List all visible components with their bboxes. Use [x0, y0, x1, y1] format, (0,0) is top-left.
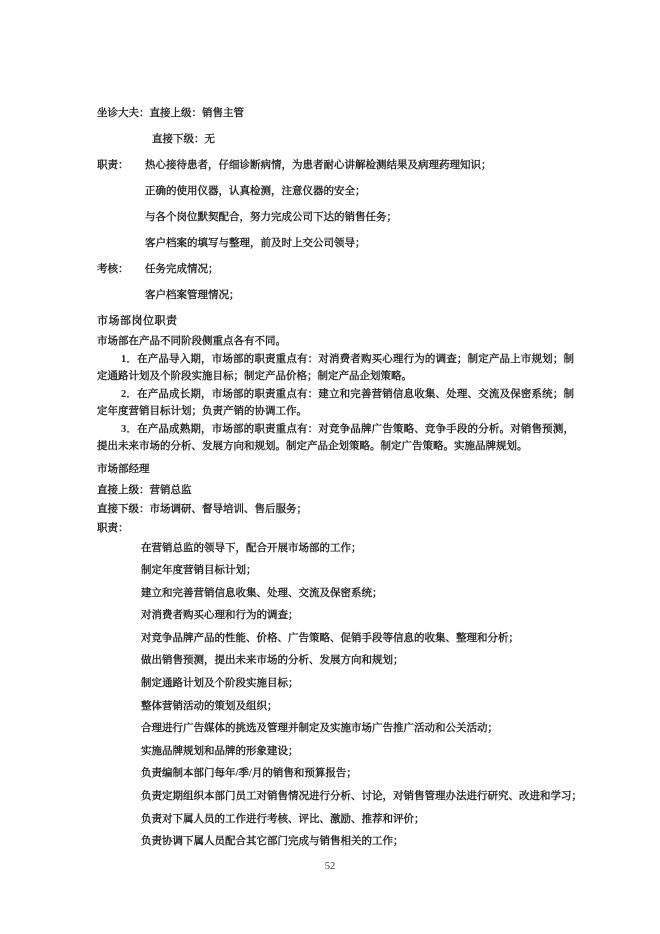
- doctor-duty-line: 热心接待患者，仔细诊断病情，为患者耐心讲解检测结果及病理药理知识；: [145, 153, 574, 179]
- manager-duty-line: 负责对下属人员的工作进行考核、评比、激励、推荐和评价；: [141, 809, 574, 832]
- market-section-heading: 市场部岗位职责: [97, 309, 574, 333]
- manager-duty-line: 建立和完善营销信息收集、处理、交流及保密系统；: [141, 583, 574, 606]
- manager-duty-line: 整体营销活动的策划及组织；: [141, 696, 574, 719]
- manager-duty-line: 制定年度营销目标计划；: [141, 560, 574, 583]
- document-content: 坐诊大夫：直接上级：销售主管 直接下级：无 职责： 热心接待患者，仔细诊断病情，…: [97, 101, 574, 854]
- manager-duty-line: 实施品牌规划和品牌的形象建设；: [141, 741, 574, 764]
- manager-duty-line: 制定通路计划及个阶段实施目标；: [141, 673, 574, 696]
- doctor-duty-line: 正确的使用仪器，认真检测，注意仪器的安全；: [145, 179, 574, 205]
- manager-superior-line: 直接上级：营销总监: [97, 481, 574, 500]
- manager-duty-line: 在营销总监的领导下，配合开展市场部的工作；: [141, 538, 574, 561]
- doctor-role-label: 坐诊大夫：: [97, 108, 150, 119]
- manager-duty-line: 对竞争品牌产品的性能、价格、广告策略、促销手段等信息的收集、整理和分析；: [141, 628, 574, 651]
- page-number: 52: [0, 861, 660, 872]
- doctor-duty-line: 客户档案的填写与整理，前及时上交公司领导；: [145, 231, 574, 257]
- doctor-duty-line: 与各个岗位默契配合，努力完成公司下达的销售任务；: [145, 205, 574, 231]
- market-stage-paragraphs: 市场部在产品不同阶段侧重点各有不同。 1．在产品导入期，市场部的职责重点有：对消…: [97, 333, 574, 456]
- doctor-duties-label: 职责：: [97, 153, 129, 179]
- manager-duty-line: 负责定期组织本部门员工对销售情况进行分析、讨论，对销售管理办法进行研究、改进和学…: [141, 786, 574, 809]
- doctor-superior-text: 直接上级：销售主管: [150, 108, 245, 119]
- manager-duty-line: 对消费者购买心理和行为的调查；: [141, 605, 574, 628]
- doctor-assessment-label: 考核：: [97, 257, 129, 283]
- manager-title: 市场部经理: [97, 459, 574, 481]
- doctor-subordinate-line: 直接下级：无: [152, 127, 574, 153]
- manager-duty-line: 负责编制本部门每年/季/月的销售和预算报告；: [141, 763, 574, 786]
- market-intro: 市场部在产品不同阶段侧重点各有不同。: [97, 333, 574, 351]
- manager-duty-line: 做出销售预测，提出未来市场的分析、发展方向和规划；: [141, 650, 574, 673]
- doctor-assessment-line: 任务完成情况；: [145, 257, 574, 283]
- document-page: 坐诊大夫：直接上级：销售主管 直接下级：无 职责： 热心接待患者，仔细诊断病情，…: [0, 0, 660, 934]
- manager-duty-line: 合理进行广告媒体的挑选及管理并制定及实施市场广告推广活动和公关活动；: [141, 718, 574, 741]
- doctor-assessment-line: 客户档案管理情况；: [145, 283, 574, 309]
- doctor-assessment-block: 考核： 任务完成情况； 客户档案管理情况；: [97, 257, 574, 309]
- market-stage-paragraph: 2．在产品成长期，市场部的职责重点有：建立和完善营销信息收集、处理、交流及保密系…: [97, 386, 574, 421]
- market-stage-paragraph: 3．在产品成熟期，市场部的职责重点有：对竞争品牌广告策略、竞争手段的分析。对销售…: [97, 421, 574, 456]
- manager-subordinate-line: 直接下级：市场调研、督导培训、售后服务；: [97, 500, 574, 519]
- doctor-duties-block: 职责： 热心接待患者，仔细诊断病情，为患者耐心讲解检测结果及病理药理知识； 正确…: [97, 153, 574, 257]
- manager-duties-list: 在营销总监的领导下，配合开展市场部的工作； 制定年度营销目标计划； 建立和完善营…: [141, 538, 574, 854]
- doctor-role-line: 坐诊大夫：直接上级：销售主管: [97, 101, 574, 127]
- manager-duty-line: 负责协调下属人员配合其它部门完成与销售相关的工作；: [141, 831, 574, 854]
- manager-duties-label: 职责：: [97, 519, 574, 538]
- market-stage-paragraph: 1．在产品导入期，市场部的职责重点有：对消费者购买心理行为的调查；制定产品上市规…: [97, 351, 574, 386]
